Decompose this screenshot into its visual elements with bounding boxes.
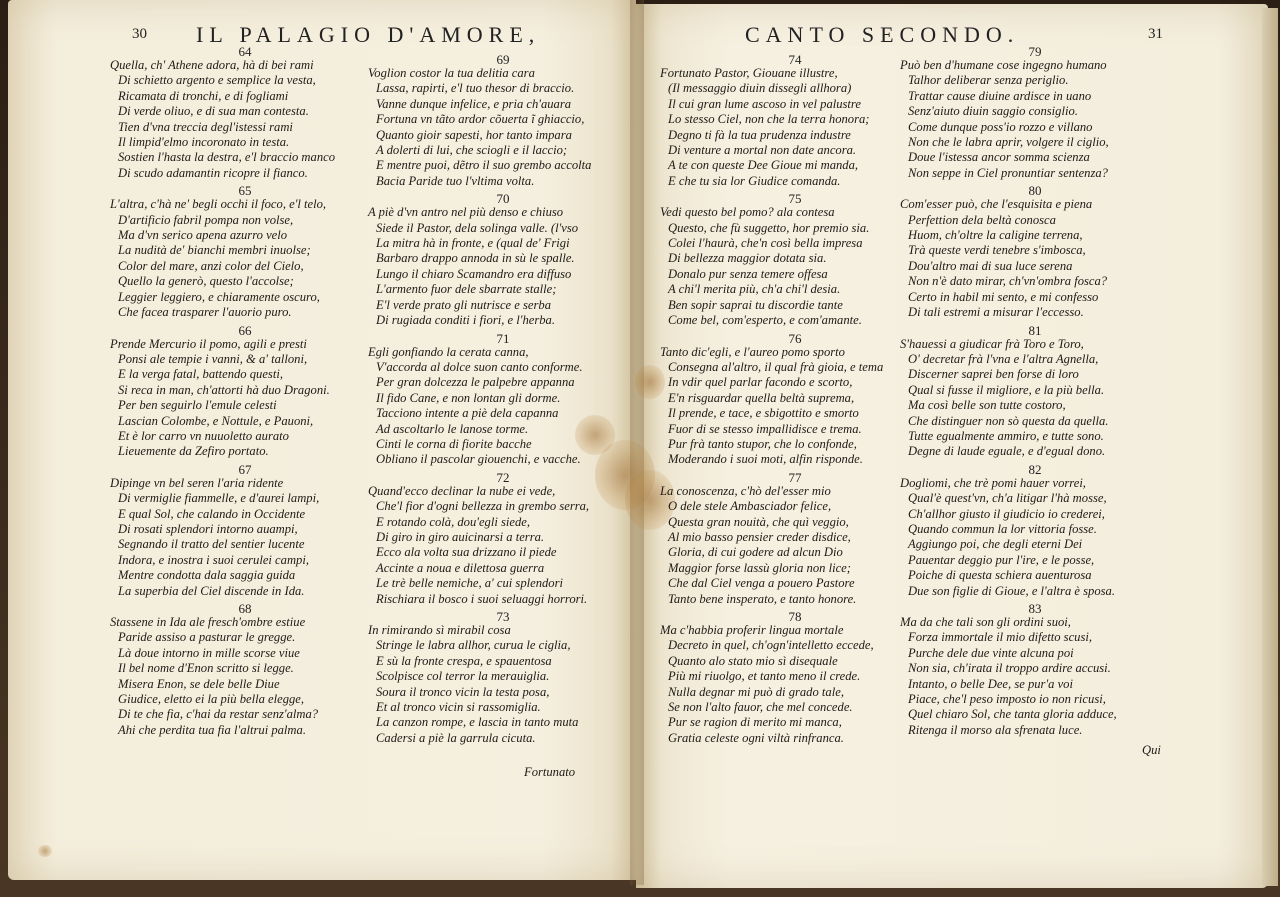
verse-line: Ahi che perdita tua fia l'altrui palma.: [110, 723, 380, 738]
verse-line: E sù la fronte crespa, e spauentosa: [368, 654, 638, 669]
stanza-number: 69: [368, 54, 638, 66]
verse-line: Talhor deliberar senza periglio.: [900, 73, 1170, 88]
verse-line: Voglion costor la tua delitia cara: [368, 66, 638, 81]
verse-line: Lo stesso Ciel, non che la terra honora;: [660, 112, 930, 127]
verse-line: Si reca in man, ch'attorti hà duo Dragon…: [110, 383, 380, 398]
verse-line: Indora, e inostra i suoi cerulei campi,: [110, 553, 380, 568]
verse-line: Lascian Colombe, e Nottule, e Pauoni,: [110, 414, 380, 429]
stanza-number: 64: [110, 46, 380, 58]
verse-line: Stassene in Ida ale fresch'ombre estiue: [110, 615, 380, 630]
verse-line: Egli gonfiando la cerata canna,: [368, 345, 638, 360]
verse-line: Là doue intorno in mille scorse viue: [110, 646, 380, 661]
stanza-number: 76: [660, 333, 930, 345]
verse-line: Dogliomi, che trè pomi hauer vorrei,: [900, 476, 1170, 491]
stanza: 75Vedi questo bel pomo? ala contesaQuest…: [660, 193, 930, 328]
verse-line: Bacia Paride tuo l'vltima volta.: [368, 174, 638, 189]
verse-line: Degno ti fà la tua prudenza industre: [660, 128, 930, 143]
verse-line: In vdir quel parlar facondo e scorto,: [660, 375, 930, 390]
verse-line: Le trè belle nemiche, a' cui splendori: [368, 576, 638, 591]
stanza: 68Stassene in Ida ale fresch'ombre estiu…: [110, 603, 380, 738]
verse-line: Trà queste verdi tenebre s'imbosca,: [900, 243, 1170, 258]
verse-line: Tutte egualmente ammiro, e tutte sono.: [900, 429, 1170, 444]
open-book-scan: 30 IL PALAGIO D'AMORE, CANTO SECONDO. 31…: [0, 0, 1280, 897]
verse-line: O' decretar frà l'vna e l'altra Agnella,: [900, 352, 1170, 367]
verse-line: Questa gran nouità, che quì veggio,: [660, 515, 930, 530]
verse-line: Cadersi a piè la garrula cicuta.: [368, 731, 638, 746]
verse-line: Quanto gioir sapesti, hor tanto impara: [368, 128, 638, 143]
verse-line: Come dunque poss'io rozzo e villano: [900, 120, 1170, 135]
stanza: 69Voglion costor la tua delitia caraLass…: [368, 54, 638, 189]
verse-line: Dipinge vn bel seren l'aria ridente: [110, 476, 380, 491]
verse-line: Maggior forse lassù gloria non lice;: [660, 561, 930, 576]
stanza: 70A piè d'vn antro nel più denso e chius…: [368, 193, 638, 328]
verse-line: Lassa, rapirti, e'l tuo thesor di bracci…: [368, 81, 638, 96]
verse-line: Per ben seguirlo l'emule celesti: [110, 398, 380, 413]
verse-line: La mitra hà in fronte, e (qual de' Frigi: [368, 236, 638, 251]
verse-line: Vanne dunque infelice, e pria ch'auara: [368, 97, 638, 112]
stanza: 77La conoscenza, c'hò del'esser mioO del…: [660, 472, 930, 607]
verse-line: D'artificio fabril pompa non volse,: [110, 213, 380, 228]
right-column-1: 74Fortunato Pastor, Giouane illustre,(Il…: [660, 54, 930, 750]
stanza: 78Ma c'habbia proferir lingua mortaleDec…: [660, 611, 930, 746]
verse-line: La canzon rompe, e lascia in tanto muta: [368, 715, 638, 730]
stanza-number: 81: [900, 325, 1170, 337]
verse-line: Come bel, com'esperto, e com'amante.: [660, 313, 930, 328]
verse-line: Qual si fusse il migliore, e la più bell…: [900, 383, 1170, 398]
verse-line: Tanto bene insperato, e tanto honore.: [660, 592, 930, 607]
verse-line: Fortunato Pastor, Giouane illustre,: [660, 66, 930, 81]
verse-line: E la verga fatal, battendo questi,: [110, 367, 380, 382]
verse-line: L'altra, c'hà ne' begli occhi il foco, e…: [110, 197, 380, 212]
page-edges: [1262, 8, 1278, 886]
verse-line: Rischiara il bosco i suoi seluaggi horro…: [368, 592, 638, 607]
verse-line: Donalo pur senza temere offesa: [660, 267, 930, 282]
left-column-2: 69Voglion costor la tua delitia caraLass…: [368, 54, 638, 750]
verse-line: Doue l'istessa ancor somma scienza: [900, 150, 1170, 165]
verse-line: Non n'è dato mirar, ch'vn'ombra fosca?: [900, 274, 1170, 289]
left-column-1: 64Quella, ch' Athene adora, hà di bei ra…: [110, 46, 380, 742]
verse-line: E mentre puoi, dẽtro il suo grembo accol…: [368, 158, 638, 173]
verse-line: A chi'l merita più, ch'a chi'l desia.: [660, 282, 930, 297]
verse-line: Quanto alo stato mio sì disequale: [660, 654, 930, 669]
verse-line: Senz'aiuto diuin saggio consiglio.: [900, 104, 1170, 119]
ink-spot: [38, 845, 52, 857]
page-number-left: 30: [132, 26, 147, 43]
stanza-number: 82: [900, 464, 1170, 476]
stanza-number: 67: [110, 464, 380, 476]
verse-line: Aggiungo poi, che degli eterni Dei: [900, 537, 1170, 552]
verse-line: A dolerti di lui, che sciogli e il lacci…: [368, 143, 638, 158]
verse-line: Obliano il pascolar giouenchi, e vacche.: [368, 452, 638, 467]
verse-line: Moderando i suoi moti, alfin risponde.: [660, 452, 930, 467]
verse-line: A te con queste Dee Gioue mi manda,: [660, 158, 930, 173]
verse-line: A piè d'vn antro nel più denso e chiuso: [368, 205, 638, 220]
verse-line: Due son figlie di Gioue, e l'altra è spo…: [900, 584, 1170, 599]
stanza-number: 71: [368, 333, 638, 345]
right-column-2: 79Può ben d'humane cose ingegno humanoTa…: [900, 46, 1170, 742]
verse-line: Quella, ch' Athene adora, hà di bei rami: [110, 58, 380, 73]
verse-line: L'armento fuor dele sbarrate stalle;: [368, 282, 638, 297]
stanza: 80Com'esser può, che l'esquisita e piena…: [900, 185, 1170, 320]
verse-line: E'l verde prato gli nutrisce e serba: [368, 298, 638, 313]
verse-line: Non che le labra aprir, volgere il cigli…: [900, 135, 1170, 150]
verse-line: V'accorda al dolce suon canto conforme.: [368, 360, 638, 375]
verse-line: La superbia del Ciel discende in Ida.: [110, 584, 380, 599]
verse-line: Il cui gran lume ascoso in vel palustre: [660, 97, 930, 112]
stanza: 74Fortunato Pastor, Giouane illustre,(Il…: [660, 54, 930, 189]
verse-line: Tien d'vna treccia degl'istessi rami: [110, 120, 380, 135]
stanza: 73In rimirando sì mirabil cosaStringe le…: [368, 611, 638, 746]
verse-line: Non seppe in Ciel pronuntiar sentenza?: [900, 166, 1170, 181]
verse-line: Il prende, e tace, e sbigottito e smorto: [660, 406, 930, 421]
verse-line: Al mio basso pensier creder disdice,: [660, 530, 930, 545]
verse-line: Quand'ecco declinar la nube ei vede,: [368, 484, 638, 499]
verse-line: Non sia, ch'irata il troppo ardire accus…: [900, 661, 1170, 676]
stanza: 72Quand'ecco declinar la nube ei vede,Ch…: [368, 472, 638, 607]
page-number-right: 31: [1148, 26, 1163, 43]
verse-line: E qual Sol, che calando in Occidente: [110, 507, 380, 522]
verse-line: Giudice, eletto ei la più bella elegge,: [110, 692, 380, 707]
verse-line: Quel chiaro Sol, che tanta gloria adduce…: [900, 707, 1170, 722]
stanza-number: 70: [368, 193, 638, 205]
running-head-right: CANTO SECONDO.: [745, 22, 1019, 48]
verse-line: Ritenga il morso ala sfrenata luce.: [900, 723, 1170, 738]
verse-line: Pur se ragion di merito mi manca,: [660, 715, 930, 730]
verse-line: E'n risguardar quella beltà suprema,: [660, 391, 930, 406]
verse-line: Ponsi ale tempie i vanni, & a' talloni,: [110, 352, 380, 367]
stanza-number: 66: [110, 325, 380, 337]
verse-line: Ricamata di tronchi, e di fogliami: [110, 89, 380, 104]
verse-line: In rimirando sì mirabil cosa: [368, 623, 638, 638]
verse-line: Soura il tronco vicin la testa posa,: [368, 685, 638, 700]
verse-line: Di verde oliuo, e di sua man contesta.: [110, 104, 380, 119]
verse-line: Di te che fia, c'hai da restar senz'alma…: [110, 707, 380, 722]
verse-line: O dele stele Ambasciador felice,: [660, 499, 930, 514]
verse-line: Ecco ala volta sua drizzano il piede: [368, 545, 638, 560]
verse-line: Scolpisce col terror la merauiglia.: [368, 669, 638, 684]
stanza-number: 79: [900, 46, 1170, 58]
verse-line: Se non l'alto fauor, che mel concede.: [660, 700, 930, 715]
verse-line: Ma c'habbia proferir lingua mortale: [660, 623, 930, 638]
verse-line: Barbaro drappo annoda in sù le spalle.: [368, 251, 638, 266]
verse-line: Nulla degnar mi può di grado tale,: [660, 685, 930, 700]
verse-line: Pauentar deggio pur l'ire, e le posse,: [900, 553, 1170, 568]
stanza-number: 75: [660, 193, 930, 205]
stanza: 76Tanto dic'egli, e l'aureo pomo sportoC…: [660, 333, 930, 468]
verse-line: Misera Enon, se dele belle Diue: [110, 677, 380, 692]
verse-line: Che distinguer non sò questa da quella.: [900, 414, 1170, 429]
verse-line: Prende Mercurio il pomo, agili e presti: [110, 337, 380, 352]
verse-line: Di bellezza maggior dotata sia.: [660, 251, 930, 266]
verse-line: (Il messaggio diuin dissegli allhora): [660, 81, 930, 96]
verse-line: Poiche di questa schiera auenturosa: [900, 568, 1170, 583]
verse-line: Gratia celeste ogni viltà rinfranca.: [660, 731, 930, 746]
stanza: 65L'altra, c'hà ne' begli occhi il foco,…: [110, 185, 380, 320]
verse-line: Dou'altro mai di sua luce serena: [900, 259, 1170, 274]
verse-line: Il fido Cane, e non lontan gli dorme.: [368, 391, 638, 406]
verse-line: Ch'allhor giusto il giudicio io crederei…: [900, 507, 1170, 522]
verse-line: Quando commun la lor vittoria fosse.: [900, 522, 1170, 537]
stanza: 83Ma da che tali son gli ordini suoi,For…: [900, 603, 1170, 738]
verse-line: Tanto dic'egli, e l'aureo pomo sporto: [660, 345, 930, 360]
verse-line: Per gran dolcezza le palpebre appanna: [368, 375, 638, 390]
verse-line: E rotando colà, dou'egli siede,: [368, 515, 638, 530]
verse-line: Decreto in quel, ch'ogn'intelletto ecced…: [660, 638, 930, 653]
verse-line: Segnando il tratto del sentier lucente: [110, 537, 380, 552]
verse-line: Forza immortale il mio difetto scusi,: [900, 630, 1170, 645]
stanza-number: 65: [110, 185, 380, 197]
verse-line: Intanto, o belle Dee, se pur'a voi: [900, 677, 1170, 692]
verse-line: Il bel nome d'Enon scritto si legge.: [110, 661, 380, 676]
verse-line: S'hauessi a giudicar frà Toro e Toro,: [900, 337, 1170, 352]
verse-line: Perfettion dela beltà conosca: [900, 213, 1170, 228]
verse-line: Cinti le corna di fiorite bacche: [368, 437, 638, 452]
verse-line: Di giro in giro auicinarsi a terra.: [368, 530, 638, 545]
verse-line: Paride assiso a pasturar le gregge.: [110, 630, 380, 645]
verse-line: Di vermiglie fiammelle, e d'aurei lampi,: [110, 491, 380, 506]
stanza: 71Egli gonfiando la cerata canna,V'accor…: [368, 333, 638, 468]
verse-line: Purche dele due vinte alcuna poi: [900, 646, 1170, 661]
verse-line: Ma d'vn serico apena azurro velo: [110, 228, 380, 243]
verse-line: Pur frà tanto stupor, che lo confonde,: [660, 437, 930, 452]
verse-line: Consegna al'altro, il qual frà gioia, e …: [660, 360, 930, 375]
stanza-number: 74: [660, 54, 930, 66]
verse-line: Discerner saprei ben forse di loro: [900, 367, 1170, 382]
verse-line: Lieuemente da Zefiro portato.: [110, 444, 380, 459]
verse-line: Di schietto argento e semplice la vesta,: [110, 73, 380, 88]
verse-line: Trattar cause diuine ardisce in uano: [900, 89, 1170, 104]
verse-line: Più mi riuolgo, et tanto meno il crede.: [660, 669, 930, 684]
verse-line: E che tu sia lor Giudice comanda.: [660, 174, 930, 189]
verse-line: Di scudo adamantin ricopre il fianco.: [110, 166, 380, 181]
stanza-number: 68: [110, 603, 380, 615]
verse-line: La nudità de' bianchi membri inuolse;: [110, 243, 380, 258]
stanza-number: 72: [368, 472, 638, 484]
verse-line: Che'l fior d'ogni bellezza in grembo ser…: [368, 499, 638, 514]
verse-line: La conoscenza, c'hò del'esser mio: [660, 484, 930, 499]
verse-line: Siede il Pastor, dela solinga valle. (l'…: [368, 221, 638, 236]
verse-line: Stringe le labra allhor, curua le ciglia…: [368, 638, 638, 653]
verse-line: Qual'è quest'vn, ch'a litigar l'hà mosse…: [900, 491, 1170, 506]
verse-line: Può ben d'humane cose ingegno humano: [900, 58, 1170, 73]
verse-line: Accinte a noua e dilettosa guerra: [368, 561, 638, 576]
verse-line: Tacciono intente a piè dela capanna: [368, 406, 638, 421]
catchword-left: Fortunato: [524, 765, 575, 780]
stanza-number: 78: [660, 611, 930, 623]
verse-line: Ma così belle son tutte costoro,: [900, 398, 1170, 413]
stanza: 64Quella, ch' Athene adora, hà di bei ra…: [110, 46, 380, 181]
stanza: 66Prende Mercurio il pomo, agili e prest…: [110, 325, 380, 460]
verse-line: Ma da che tali son gli ordini suoi,: [900, 615, 1170, 630]
verse-line: Che facea trasparer l'auorio puro.: [110, 305, 380, 320]
verse-line: Degne di laude eguale, e d'egual dono.: [900, 444, 1170, 459]
verse-line: Di tali estremi a misurar l'eccesso.: [900, 305, 1170, 320]
verse-line: Sostien l'hasta la destra, e'l braccio m…: [110, 150, 380, 165]
catchword-right: Qui: [1142, 743, 1161, 758]
verse-line: Com'esser può, che l'esquisita e piena: [900, 197, 1170, 212]
stanza-number: 83: [900, 603, 1170, 615]
verse-line: Lungo il chiaro Scamandro era diffuso: [368, 267, 638, 282]
verse-line: Certo in habil mi sento, e mi confesso: [900, 290, 1170, 305]
verse-line: Color del mare, anzi color del Cielo,: [110, 259, 380, 274]
stanza: 82Dogliomi, che trè pomi hauer vorrei,Qu…: [900, 464, 1170, 599]
verse-line: Gloria, di cui godere ad alcun Dio: [660, 545, 930, 560]
verse-line: Quello la generò, questo l'accolse;: [110, 274, 380, 289]
verse-line: Et è lor carro vn nuuoletto aurato: [110, 429, 380, 444]
verse-line: Vedi questo bel pomo? ala contesa: [660, 205, 930, 220]
stanza-number: 77: [660, 472, 930, 484]
verse-line: Piace, che'l peso imposto io non ricusi,: [900, 692, 1170, 707]
verse-line: Mentre condotta dala saggia guida: [110, 568, 380, 583]
stanza: 67Dipinge vn bel seren l'aria ridenteDi …: [110, 464, 380, 599]
verse-line: Ad ascoltarlo le lanose torme.: [368, 422, 638, 437]
verse-line: Huom, ch'oltre la caligine terrena,: [900, 228, 1170, 243]
verse-line: Che dal Ciel venga a pouero Pastore: [660, 576, 930, 591]
stanza: 79Può ben d'humane cose ingegno humanoTa…: [900, 46, 1170, 181]
stanza-number: 80: [900, 185, 1170, 197]
verse-line: Questo, che fù suggetto, hor premio sia.: [660, 221, 930, 236]
stanza-number: 73: [368, 611, 638, 623]
verse-line: Fuor di se stesso impallidisce e trema.: [660, 422, 930, 437]
verse-line: Fortuna vn tãto ardor cõuerta ĩ ghiaccio…: [368, 112, 638, 127]
verse-line: Di rosati splendori intorno auampi,: [110, 522, 380, 537]
verse-line: Di rugiada conditi i fiori, e l'herba.: [368, 313, 638, 328]
stanza: 81S'hauessi a giudicar frà Toro e Toro,O…: [900, 325, 1170, 460]
verse-line: Leggier leggiero, e chiaramente oscuro,: [110, 290, 380, 305]
verse-line: Di venture a mortal non date ancora.: [660, 143, 930, 158]
verse-line: Colei l'haurà, che'n così bella impresa: [660, 236, 930, 251]
verse-line: Et al tronco vicin si rassomiglia.: [368, 700, 638, 715]
verse-line: Il limpid'elmo incoronato in testa.: [110, 135, 380, 150]
verse-line: Ben sopir saprai tu discordie tante: [660, 298, 930, 313]
